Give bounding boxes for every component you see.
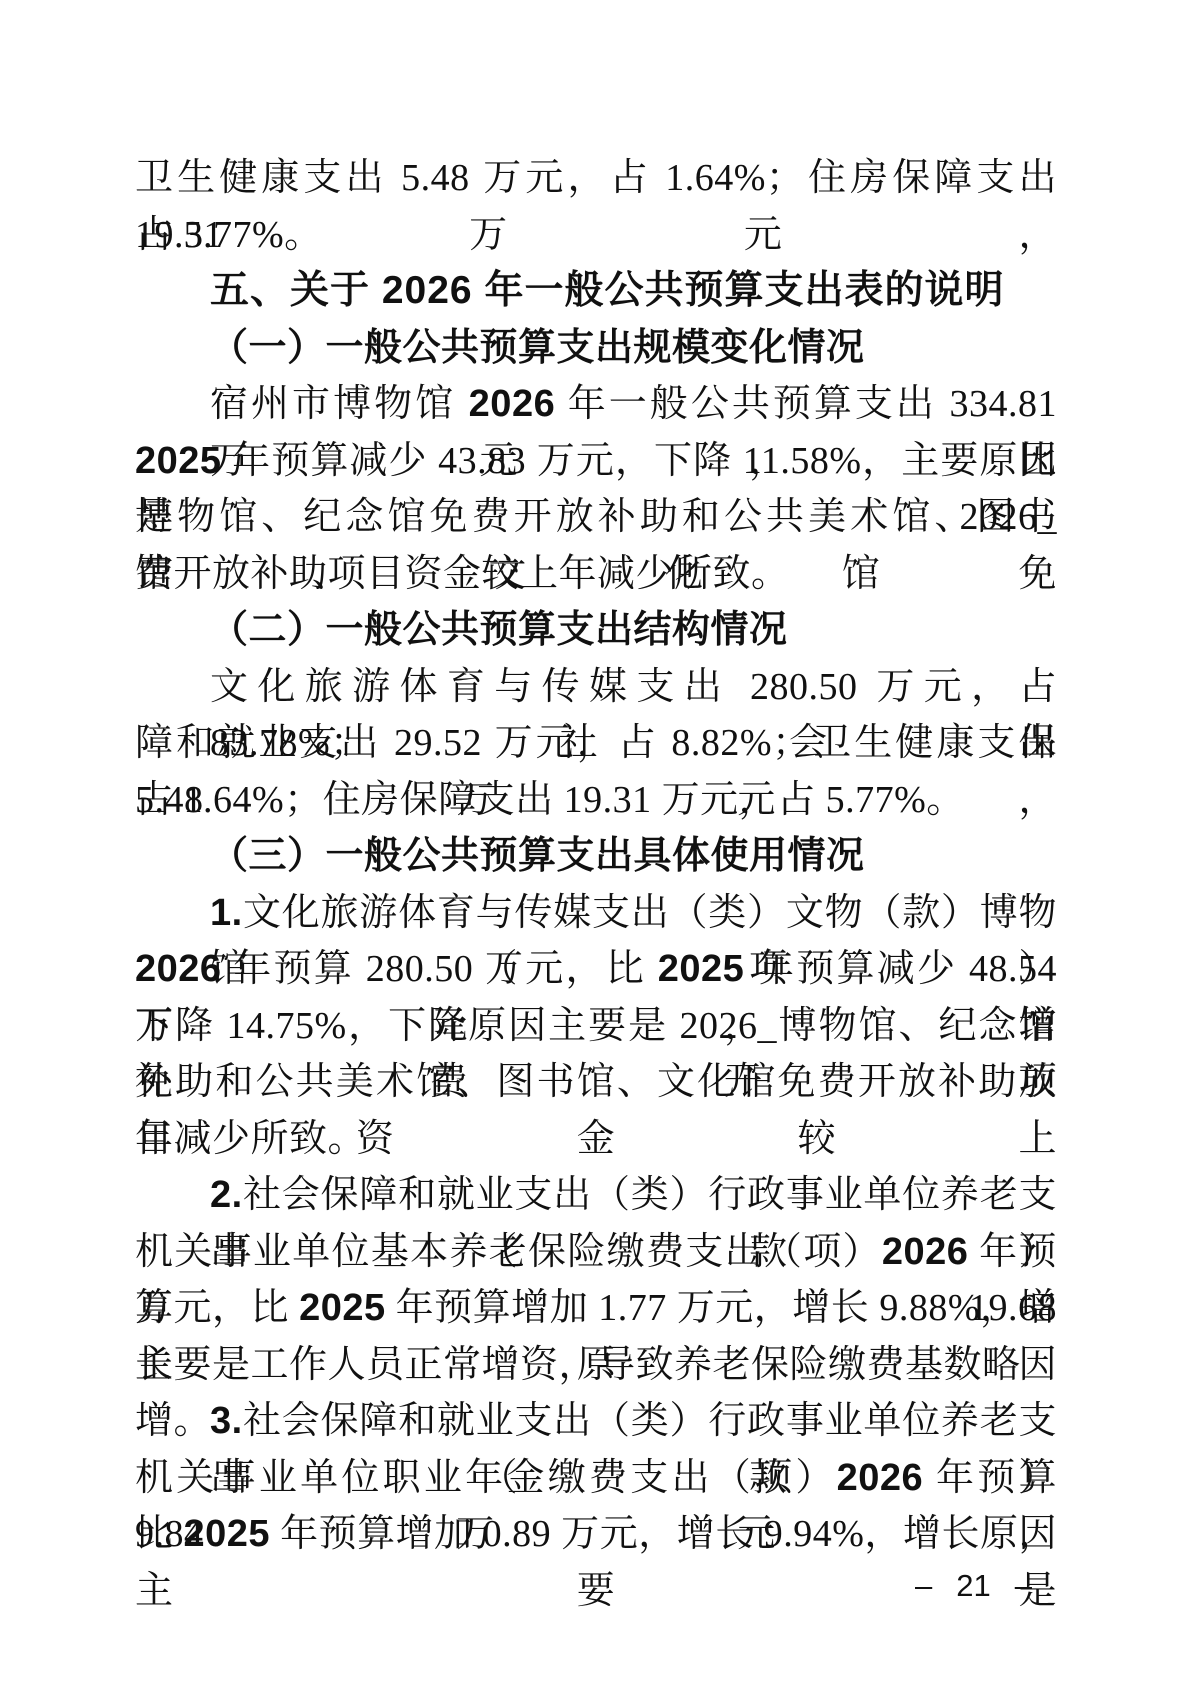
number-emphasis: 2026: [837, 1457, 924, 1499]
text-line: 下降 14.75%，下降原因主要是 2026_博物馆、纪念馆免费开放: [135, 998, 1057, 1055]
text-line: 2.社会保障和就业支出（类）行政事业单位养老支出（款）: [135, 1167, 1057, 1224]
text-segment: 费开放补助项目资金较上年减少所致。: [135, 553, 790, 595]
number-emphasis: 2026: [469, 383, 556, 425]
text-line: 占 1.64%；住房保障支出 19.31 万元，占 5.77%。: [135, 772, 1057, 829]
text-segment: （三）一般公共预算支出具体使用情况: [210, 835, 865, 877]
number-emphasis: 2026: [882, 1231, 969, 1273]
text-segment: 占 1.64%；住房保障支出 19.31 万元，占 5.77%。: [135, 779, 965, 821]
text-line: 博物馆、纪念馆免费开放补助和公共美术馆、图书馆、文化馆免: [135, 489, 1057, 546]
document-page: 卫生健康支出 5.48 万元，占 1.64%；住房保障支出 19.31 万元，占…: [0, 0, 1190, 1683]
subsection-heading: （二）一般公共预算支出结构情况: [135, 602, 1057, 659]
text-segment: 占 5.77%。: [135, 214, 323, 256]
document-content: 卫生健康支出 5.48 万元，占 1.64%；住房保障支出 19.31 万元，占…: [135, 150, 1057, 1563]
text-segment: 五、关于: [210, 269, 382, 312]
text-line: 宿州市博物馆 2026 年一般公共预算支出 334.81 万元，比: [135, 376, 1057, 433]
text-line: 机关事业单位职业年金缴费支出（项）2026 年预算 9.84 万元，: [135, 1450, 1057, 1507]
text-segment: 机关事业单位职业年金缴费支出（项）: [135, 1457, 837, 1499]
text-line: 文化旅游体育与传媒支出 280.50 万元，占 83.78%；社会保: [135, 659, 1057, 716]
text-segment: 比: [135, 1513, 184, 1555]
text-line: 1.文化旅游体育与传媒支出（类）文物（款）博物馆（项）: [135, 885, 1057, 942]
number-emphasis: 2.: [210, 1174, 243, 1216]
text-line: 卫生健康支出 5.48 万元，占 1.64%；住房保障支出 19.31 万元，: [135, 150, 1057, 207]
text-line: 比 2025 年预算增加 0.89 万元，增长 9.94%，增长原因主要是: [135, 1506, 1057, 1563]
text-segment: （一）一般公共预算支出规模变化情况: [210, 327, 865, 369]
text-line: 主要是工作人员正常增资，导致养老保险缴费基数略增。: [135, 1337, 1057, 1394]
text-segment: 万元，比: [135, 1287, 299, 1329]
number-emphasis: 2025: [299, 1287, 386, 1329]
page-number: 21: [956, 1568, 990, 1603]
number-emphasis: 1.: [210, 892, 243, 934]
number-emphasis: 3.: [210, 1400, 243, 1442]
subsection-heading: （三）一般公共预算支出具体使用情况: [135, 828, 1057, 885]
subsection-heading: （一）一般公共预算支出规模变化情况: [135, 320, 1057, 377]
number-emphasis: 2026: [135, 948, 222, 990]
text-line: 障和就业支出 29.52 万元，占 8.82%；卫生健康支出 5.48 万元，: [135, 715, 1057, 772]
text-segment: 年减少所致。: [135, 1118, 366, 1160]
text-line: 万元，比 2025 年预算增加 1.77 万元，增长 9.88%，增长原因: [135, 1280, 1057, 1337]
footer-dash-left: –: [915, 1568, 932, 1603]
text-line: 补助和公共美术馆、图书馆、文化馆免费开放补助项目资金较上: [135, 1054, 1057, 1111]
text-segment: 宿州市博物馆: [210, 383, 469, 425]
text-line: 机关事业单位基本养老保险缴费支出（项）2026 年预算 19.68: [135, 1224, 1057, 1281]
page-footer: –21–: [915, 1568, 1032, 1604]
text-line: 2026 年预算 280.50 万元，比 2025 年预算减少 48.54 万元…: [135, 941, 1057, 998]
number-emphasis: 2026: [382, 269, 473, 312]
text-segment: 机关事业单位基本养老保险缴费支出（项）: [135, 1231, 882, 1273]
number-emphasis: 2025: [658, 948, 745, 990]
number-emphasis: 2025: [135, 440, 222, 482]
footer-dash-right: –: [1015, 1568, 1032, 1603]
section-heading: 五、关于 2026 年一般公共预算支出表的说明: [135, 263, 1057, 320]
number-emphasis: 2025: [184, 1513, 271, 1555]
text-segment: 年一般公共预算支出表的说明: [473, 269, 1005, 312]
text-segment: 年预算 280.50 万元，比: [222, 948, 658, 990]
text-line: 2025 年预算减少 43.83 万元，下降 11.58%，主要原因是 2026…: [135, 433, 1057, 490]
text-segment: （二）一般公共预算支出结构情况: [210, 609, 788, 651]
text-line: 3.社会保障和就业支出（类）行政事业单位养老支出（款）: [135, 1393, 1057, 1450]
